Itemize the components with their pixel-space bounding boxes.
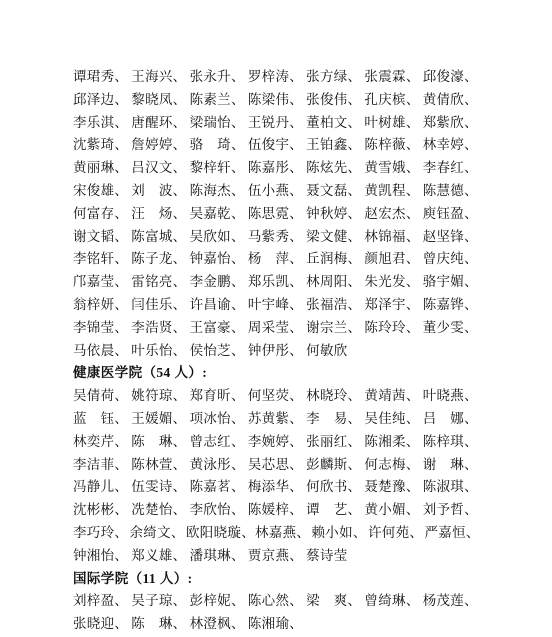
name-item: 潘琪琳、	[190, 545, 248, 568]
name-row: 张晓迎、陈 琳、林澄枫、陈湘瑜、	[73, 613, 481, 636]
name-row: 黄丽琳、吕汉文、黎梓轩、陈嘉彤、陈炫先、黄雪娥、李春红、	[73, 157, 481, 180]
name-item: 庾钰盈、	[423, 203, 481, 226]
name-item: 陈思霓、	[248, 203, 306, 226]
name-item: 陈淑琪、	[423, 476, 481, 499]
name-item: 李金鹏、	[190, 271, 248, 294]
name-item: 罗梓涛、	[248, 66, 306, 89]
name-item: 侯怡芝、	[190, 340, 248, 363]
name-item: 李婉婷、	[248, 431, 306, 454]
name-row: 李锦莹、李浩贤、王富豪、周采莹、谢宗兰、陈玲玲、董少雯、	[73, 317, 481, 340]
name-item: 刘予哲、	[423, 499, 481, 522]
section-header: 国际学院（11 人）:	[73, 568, 481, 591]
name-item: 吴倩荷、	[73, 385, 131, 408]
name-item: 黄靖茜、	[364, 385, 422, 408]
name-item: 陈海杰、	[190, 180, 248, 203]
name-item: 蓝 钰、	[73, 408, 131, 431]
name-item: 钟伊彤、	[248, 340, 306, 363]
name-item: 黄泳彤、	[190, 454, 248, 477]
name-item: 郑义雄、	[131, 545, 189, 568]
name-item: 何敏欣	[306, 340, 364, 363]
name-item: 何志梅、	[364, 454, 422, 477]
name-item: 梁文健、	[306, 226, 364, 249]
name-item: 闫佳乐、	[131, 294, 189, 317]
name-item: 彭麟斯、	[306, 454, 364, 477]
name-item: 张震霖、	[364, 66, 422, 89]
name-item: 骆宇媚、	[423, 271, 481, 294]
name-row: 刘梓盈、吴子琼、彭梓妮、陈心然、梁 爽、曾绮琳、杨茂莲、	[73, 590, 481, 613]
name-item: 骆 琦、	[190, 134, 248, 157]
name-item: 贾京燕、	[248, 545, 306, 568]
name-item: 李洁菲、	[73, 454, 131, 477]
name-item: 张福浩、	[306, 294, 364, 317]
name-item: 王锐丹、	[248, 112, 306, 135]
name-item: 彭梓妮、	[190, 590, 248, 613]
name-item: 谭 艺、	[306, 499, 364, 522]
name-item: 余绮文、	[130, 522, 187, 545]
name-item: 陈玲玲、	[364, 317, 422, 340]
name-item: 陈慧德、	[423, 180, 481, 203]
name-item: 陈 琳、	[131, 431, 189, 454]
name-item: 陈素兰、	[190, 89, 248, 112]
name-item: 聂楚豫、	[364, 476, 422, 499]
name-item: 吴欣如、	[190, 226, 248, 249]
name-item: 吕汉文、	[131, 157, 189, 180]
name-item: 陈梓薇、	[364, 134, 422, 157]
name-row: 钟湘怡、郑义雄、潘琪琳、贾京燕、蔡诗莹	[73, 545, 481, 568]
name-item: 伍雯诗、	[131, 476, 189, 499]
name-item: 赵宏杰、	[364, 203, 422, 226]
name-item: 吴芯思、	[248, 454, 306, 477]
name-item: 邱泽边、	[73, 89, 131, 112]
name-item: 蔡诗莹	[306, 545, 364, 568]
name-row: 翁梓妍、闫佳乐、许昌谕、叶宇峰、张福浩、郑泽宇、陈嘉铧、	[73, 294, 481, 317]
name-item: 梁 爽、	[306, 590, 364, 613]
name-item: 孔庆槟、	[364, 89, 422, 112]
name-item: 张丽红、	[306, 431, 364, 454]
name-item: 王铂鑫、	[306, 134, 364, 157]
name-item: 唐醒环、	[131, 112, 189, 135]
name-item: 汪 炀、	[131, 203, 189, 226]
name-item: 谢宗兰、	[306, 317, 364, 340]
name-item: 黄雪娥、	[364, 157, 422, 180]
name-item: 吕 娜、	[423, 408, 481, 431]
name-item: 陈炫先、	[306, 157, 364, 180]
name-row: 邱泽边、黎晓凤、陈素兰、陈梁伟、张俊伟、孔庆槟、黄倩欣、	[73, 89, 481, 112]
name-item: 钟秋婷、	[306, 203, 364, 226]
name-item: 颜旭君、	[364, 248, 422, 271]
name-item: 梅添华、	[248, 476, 306, 499]
name-item: 黎晓凤、	[131, 89, 189, 112]
name-item: 许何苑、	[368, 522, 425, 545]
name-item: 郑紫欣、	[423, 112, 481, 135]
name-item: 陈子龙、	[131, 248, 189, 271]
name-item: 许昌谕、	[190, 294, 248, 317]
name-item: 周采莹、	[248, 317, 306, 340]
section-header: 健康医学院（54 人）:	[73, 362, 481, 385]
name-item: 马紫秀、	[248, 226, 306, 249]
name-item: 邝嘉莹、	[73, 271, 131, 294]
name-item: 邱俊濠、	[423, 66, 481, 89]
name-item: 谢 琳、	[423, 454, 481, 477]
name-row: 李巧玲、余绮文、欧阳晓璇、林嘉燕、赖小如、许何苑、严嘉恒、	[73, 522, 481, 545]
name-item: 陈嘉铧、	[423, 294, 481, 317]
name-item: 黄凯程、	[364, 180, 422, 203]
name-row: 何富存、汪 炀、吴嘉乾、陈思霓、钟秋婷、赵宏杰、庾钰盈、	[73, 203, 481, 226]
name-item: 陈 琳、	[131, 613, 189, 636]
name-item: 李浩贤、	[131, 317, 189, 340]
name-item: 伍俊宇、	[248, 134, 306, 157]
name-item: 黎梓轩、	[190, 157, 248, 180]
name-item: 王富豪、	[190, 317, 248, 340]
name-item: 董少雯、	[423, 317, 481, 340]
name-row: 宋俊雄、刘 波、陈海杰、伍小燕、聂文磊、黄凯程、陈慧德、	[73, 180, 481, 203]
name-row: 冯静儿、伍雯诗、陈嘉茗、梅添华、何欣书、聂楚豫、陈淑琪、	[73, 476, 481, 499]
name-item: 赵坚锋、	[423, 226, 481, 249]
name-item: 吴嘉乾、	[190, 203, 248, 226]
name-item: 丘润梅、	[306, 248, 364, 271]
name-item: 曾庆纯、	[423, 248, 481, 271]
name-item: 陈梓琪、	[423, 431, 481, 454]
name-item: 董柏文、	[306, 112, 364, 135]
name-item: 冯静儿、	[73, 476, 131, 499]
name-item: 何欣书、	[306, 476, 364, 499]
name-row: 吴倩荷、姚符琼、郑育昕、何坚荧、林晓玲、黄靖茜、叶晓燕、	[73, 385, 481, 408]
name-item: 李乐淇、	[73, 112, 131, 135]
name-item: 何富存、	[73, 203, 131, 226]
name-item: 杨 萍、	[248, 248, 306, 271]
name-item: 林澄枫、	[190, 613, 248, 636]
name-item: 苏黄紫、	[248, 408, 306, 431]
name-item: 黄小媚、	[364, 499, 422, 522]
name-row: 沈紫琦、詹婷婷、骆 琦、伍俊宇、王铂鑫、陈梓薇、林幸婷、	[73, 134, 481, 157]
name-item: 项冰怡、	[190, 408, 248, 431]
name-row: 李乐淇、唐醒环、梁瑞怡、王锐丹、董柏文、叶树雄、郑紫欣、	[73, 112, 481, 135]
name-item: 聂文磊、	[306, 180, 364, 203]
name-item: 王媛媚、	[131, 408, 189, 431]
name-row: 邝嘉莹、雷铭亮、李金鹏、郑乐凯、林周阳、朱光发、骆宇媚、	[73, 271, 481, 294]
document-page: 谭珺秀、王海兴、张永升、罗梓涛、张方绿、张震霖、邱俊濠、邱泽边、黎晓凤、陈素兰、…	[0, 0, 552, 637]
name-item: 黄倩欣、	[423, 89, 481, 112]
name-item: 刘 波、	[131, 180, 189, 203]
name-item: 宋俊雄、	[73, 180, 131, 203]
name-item: 叶宇峰、	[248, 294, 306, 317]
document-body: 谭珺秀、王海兴、张永升、罗梓涛、张方绿、张震霖、邱俊濠、邱泽边、黎晓凤、陈素兰、…	[73, 66, 481, 636]
name-row: 谭珺秀、王海兴、张永升、罗梓涛、张方绿、张震霖、邱俊濠、	[73, 66, 481, 89]
name-item: 曾志红、	[190, 431, 248, 454]
name-row: 李铭轩、陈子龙、钟嘉怡、杨 萍、丘润梅、颜旭君、曾庆纯、	[73, 248, 481, 271]
name-item: 谢文韬、	[73, 226, 131, 249]
name-item: 詹婷婷、	[131, 134, 189, 157]
name-item: 沈彬彬、	[73, 499, 131, 522]
name-item: 吴子琼、	[131, 590, 189, 613]
name-item: 陈林萱、	[131, 454, 189, 477]
name-item: 张永升、	[190, 66, 248, 89]
name-item: 曾绮琳、	[364, 590, 422, 613]
name-item: 梁瑞怡、	[190, 112, 248, 135]
name-item: 叶乐怡、	[131, 340, 189, 363]
name-item: 黄丽琳、	[73, 157, 131, 180]
name-item: 赖小如、	[312, 522, 369, 545]
name-item: 陈富城、	[131, 226, 189, 249]
name-item: 李铭轩、	[73, 248, 131, 271]
name-item: 伍小燕、	[248, 180, 306, 203]
name-item: 吴佳纯、	[364, 408, 422, 431]
name-item: 欧阳晓璇、	[186, 522, 255, 545]
name-item: 李锦莹、	[73, 317, 131, 340]
name-row: 蓝 钰、王媛媚、项冰怡、苏黄紫、李 易、吴佳纯、吕 娜、	[73, 408, 481, 431]
name-item: 张晓迎、	[73, 613, 131, 636]
name-item: 林奕芹、	[73, 431, 131, 454]
name-item: 林嘉燕、	[255, 522, 312, 545]
name-item: 何坚荧、	[248, 385, 306, 408]
name-item: 姚符琼、	[131, 385, 189, 408]
name-item: 叶晓燕、	[423, 385, 481, 408]
name-item: 郑育昕、	[190, 385, 248, 408]
name-item: 王海兴、	[131, 66, 189, 89]
name-item: 陈湘柔、	[364, 431, 422, 454]
name-item: 钟湘怡、	[73, 545, 131, 568]
name-item: 沈紫琦、	[73, 134, 131, 157]
name-item: 谭珺秀、	[73, 66, 131, 89]
name-item: 杨茂莲、	[423, 590, 481, 613]
name-item: 陈嘉茗、	[190, 476, 248, 499]
name-item: 陈媛梓、	[248, 499, 306, 522]
name-item: 林锦福、	[364, 226, 422, 249]
name-row: 马依晨、叶乐怡、侯怡芝、钟伊彤、何敏欣	[73, 340, 481, 363]
name-item: 李春红、	[423, 157, 481, 180]
name-item: 林周阳、	[306, 271, 364, 294]
name-item: 翁梓妍、	[73, 294, 131, 317]
name-item: 叶树雄、	[364, 112, 422, 135]
name-item: 林幸婷、	[423, 134, 481, 157]
name-item: 钟嘉怡、	[190, 248, 248, 271]
name-item: 马依晨、	[73, 340, 131, 363]
name-item: 林晓玲、	[306, 385, 364, 408]
name-item: 郑乐凯、	[248, 271, 306, 294]
name-item: 李欣怡、	[190, 499, 248, 522]
name-item: 陈湘瑜、	[248, 613, 306, 636]
name-item: 冼楚怡、	[131, 499, 189, 522]
name-item: 陈心然、	[248, 590, 306, 613]
name-item: 刘梓盈、	[73, 590, 131, 613]
name-row: 李洁菲、陈林萱、黄泳彤、吴芯思、彭麟斯、何志梅、谢 琳、	[73, 454, 481, 477]
name-item: 张方绿、	[306, 66, 364, 89]
name-row: 谢文韬、陈富城、吴欣如、马紫秀、梁文健、林锦福、赵坚锋、	[73, 226, 481, 249]
name-item: 张俊伟、	[306, 89, 364, 112]
name-item: 郑泽宇、	[364, 294, 422, 317]
name-item: 严嘉恒、	[425, 522, 482, 545]
name-item: 陈梁伟、	[248, 89, 306, 112]
name-item: 陈嘉彤、	[248, 157, 306, 180]
name-item: 朱光发、	[364, 271, 422, 294]
name-item: 李 易、	[306, 408, 364, 431]
name-row: 沈彬彬、冼楚怡、李欣怡、陈媛梓、谭 艺、黄小媚、刘予哲、	[73, 499, 481, 522]
name-item: 雷铭亮、	[131, 271, 189, 294]
name-item: 李巧玲、	[73, 522, 130, 545]
name-row: 林奕芹、陈 琳、曾志红、李婉婷、张丽红、陈湘柔、陈梓琪、	[73, 431, 481, 454]
